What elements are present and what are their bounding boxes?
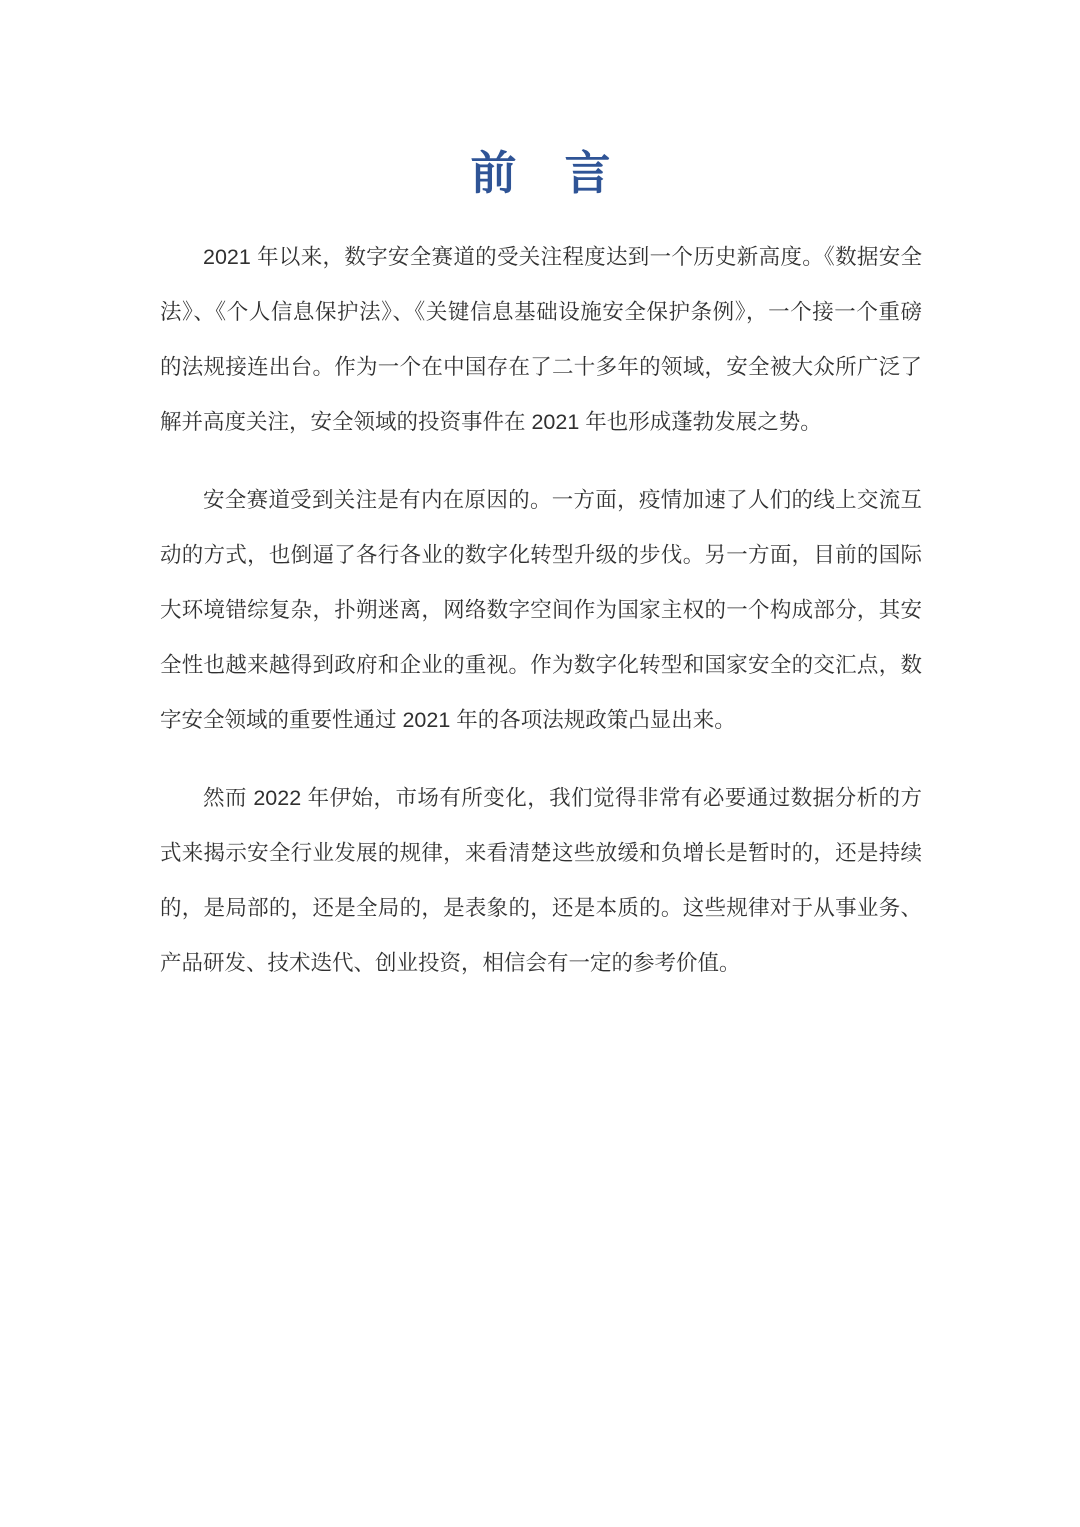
paragraph-1: 2021 年以来，数字安全赛道的受关注程度达到一个历史新高度。《数据安全法》、《… [160, 230, 922, 450]
document-body: 2021 年以来，数字安全赛道的受关注程度达到一个历史新高度。《数据安全法》、《… [160, 230, 922, 991]
document-page: 前 言 2021 年以来，数字安全赛道的受关注程度达到一个历史新高度。《数据安全… [0, 0, 1080, 1527]
paragraph-2: 安全赛道受到关注是有内在原因的。一方面，疫情加速了人们的线上交流互动的方式，也倒… [160, 473, 922, 748]
page-title: 前 言 [160, 0, 922, 200]
paragraph-3: 然而 2022 年伊始，市场有所变化，我们觉得非常有必要通过数据分析的方式来揭示… [160, 771, 922, 991]
